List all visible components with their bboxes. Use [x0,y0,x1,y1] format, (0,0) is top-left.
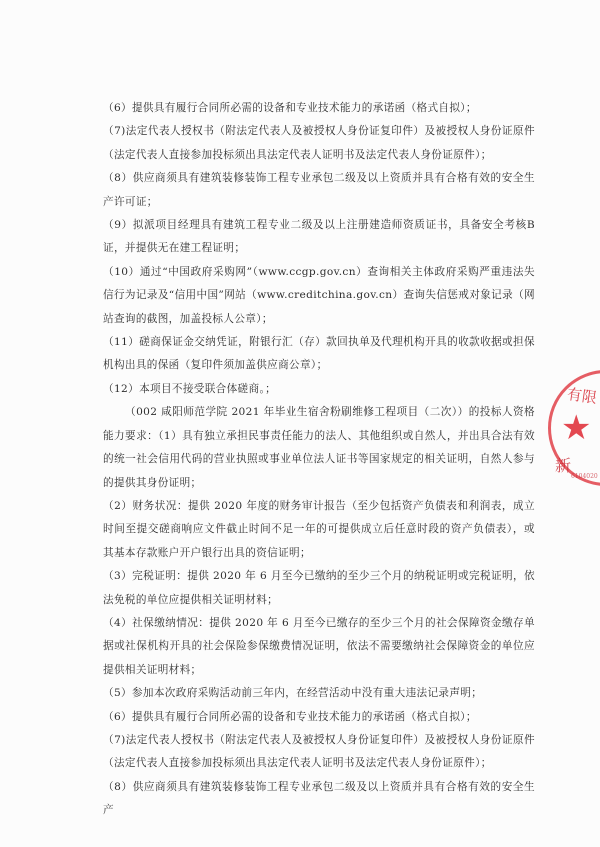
paragraph-11: （11）磋商保证金交纳凭证，附银行汇（存）款回执单及代理机构开具的收款收据或担保… [103,331,535,378]
document-body: （6）提供具有履行合同所必需的设备和专业技术能力的承诺函（格式自拟）； （7)法… [103,97,535,823]
paragraph-12: （12）本项目不接受联合体磋商。； [103,378,535,401]
paragraph-10: （10）通过“中国政府采购网”（www.ccgp.gov.cn）查询相关主体政府… [103,261,535,331]
stamp-code: 6104020 [571,473,598,480]
paragraph-authorization: （7)法定代表人授权书（附法定代表人及被授权人身份证复印件）及被授权人身份证原件… [103,729,535,776]
company-seal-stamp: 有限 ★ 新 6104020 [548,370,600,486]
paragraph-tax-certificate: （3）完税证明：提供 2020 年 6 月至今已缴纳的至少三个月的纳税证明或完税… [103,565,535,612]
paragraph-no-violation: （5）参加本次政府采购活动前三年内，在经营活动中没有重大违法记录声明； [103,682,535,705]
stamp-signature: 新 [555,453,571,476]
paragraph-qualification: （8）供应商须具有建筑装修装饰工程专业承包二级及以上资质并具有合格有效的安全生产 [103,776,535,823]
paragraph-8: （8）供应商须具有建筑装修装饰工程专业承包二级及以上资质并具有合格有效的安全生产… [103,167,535,214]
paragraph-financial-status: （2）财务状况：提供 2020 年度的财务审计报告（至少包括资产负债表和利润表，… [103,495,535,565]
paragraph-6: （6）提供具有履行合同所必需的设备和专业技术能力的承诺函（格式自拟）； [103,97,535,120]
star-icon: ★ [561,411,591,445]
paragraph-social-security: （4）社保缴纳情况：提供 2020 年 6 月至今已缴存的至少三个月的社会保障资… [103,612,535,682]
stamp-text: 有限 [566,383,599,408]
paragraph-9: （9）拟派项目经理具有建筑工程专业二级及以上注册建造师资质证书，具备安全考核B证… [103,214,535,261]
paragraph-lot-002-requirements: （002 咸阳师范学院 2021 年毕业生宿舍粉刷维修工程项目（二次））的投标人… [103,401,535,495]
document-page: （6）提供具有履行合同所必需的设备和专业技术能力的承诺函（格式自拟）； （7)法… [0,0,600,847]
paragraph-commitment-letter: （6）提供具有履行合同所必需的设备和专业技术能力的承诺函（格式自拟）； [103,706,535,729]
paragraph-7: （7)法定代表人授权书（附法定代表人及被授权人身份证复印件）及被授权人身份证原件… [103,120,535,167]
